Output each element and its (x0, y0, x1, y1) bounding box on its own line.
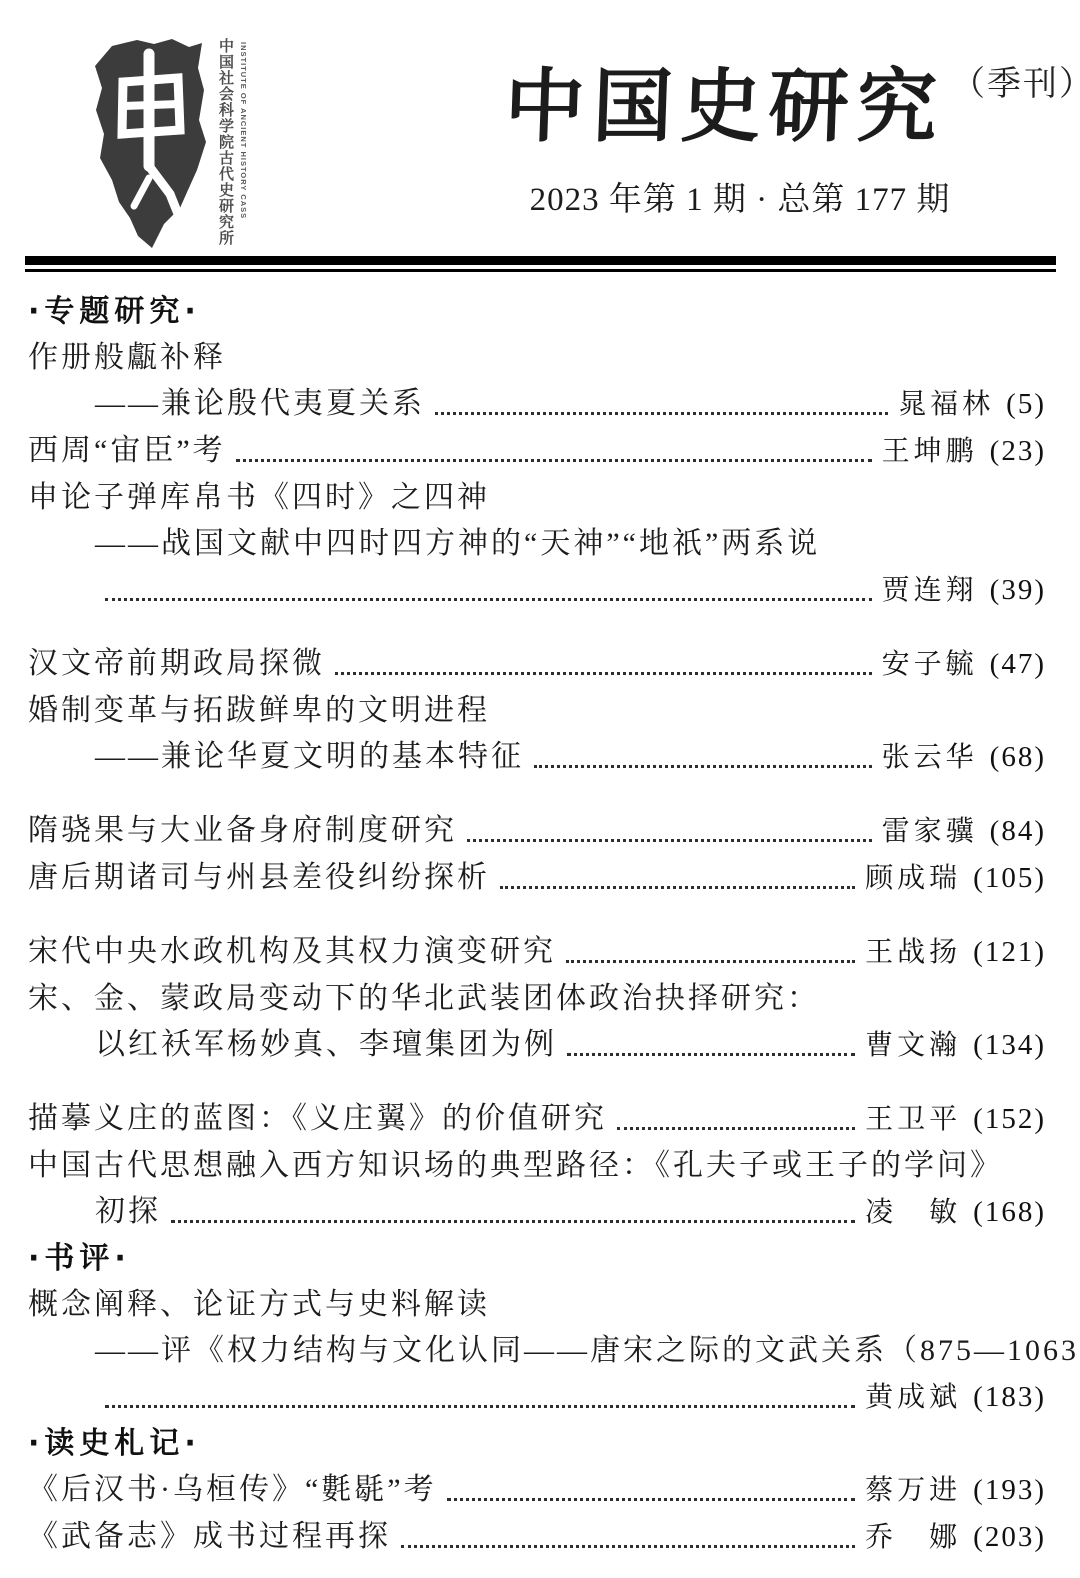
entry-title: ——战国文献中四时四方神的“天神”“地祇”两系说 (95, 521, 820, 567)
entry-page-number: (5) (1006, 381, 1046, 427)
divider-thick (25, 256, 1056, 265)
institute-logo: 中国社会科学院古代史研究所 INSTITUTE OF ANCIENT HISTO… (92, 38, 248, 252)
entry-author: 张云华 (882, 735, 978, 781)
entry-title: 西周“宙臣”考 (28, 428, 226, 474)
toc-entry: 描摹义庄的蓝图：《义庄翼》的价值研究王卫平(152) (28, 1096, 1046, 1143)
entry-author: 蔡万进 (865, 1468, 961, 1514)
entry-title: ——兼论华夏文明的基本特征 (95, 734, 524, 780)
toc-entry: 《武备志》成书过程再探乔 娜(203) (28, 1514, 1046, 1561)
entry-author: 安子毓 (882, 642, 978, 688)
entry-title: 隋骁果与大业备身府制度研究 (28, 808, 457, 854)
dot-leader (566, 960, 855, 963)
entry-page-number: (84) (990, 808, 1046, 854)
toc-title-line: 中国古代思想融入西方知识场的典型路径：《孔夫子或王子的学问》 (28, 1143, 1046, 1189)
entry-author: 贾连翔 (882, 568, 978, 614)
entry-page-number: (105) (973, 855, 1046, 901)
ink-seal-icon (92, 38, 212, 252)
toc-entry: 唐后期诸司与州县差役纠纷探析顾成瑞(105) (28, 855, 1046, 902)
dot-leader (401, 1545, 855, 1548)
entry-page-number: (152) (973, 1096, 1046, 1142)
entry-page-number: (39) (990, 567, 1046, 613)
institute-name-cn: 中国社会科学院古代史研究所 (216, 38, 237, 246)
entry-page-number: (68) (990, 734, 1046, 780)
entry-title: 宋代中央水政机构及其权力演变研究 (28, 929, 556, 975)
toc-title-line: 概念阐释、论证方式与史料解读 (28, 1282, 1046, 1328)
entry-title: 宋、金、蒙政局变动下的华北武装团体政治抉择研究： (28, 976, 820, 1022)
entry-title: ——评《权力结构与文化认同——唐宋之际的文武关系（875—1063）》 (95, 1328, 1080, 1374)
toc-title-line: 婚制变革与拓跋鲜卑的文明进程 (28, 688, 1046, 734)
entry-author: 晁福林 (898, 382, 994, 428)
dot-leader (467, 839, 872, 842)
section-heading: ·书评· (28, 1236, 1046, 1282)
entry-author: 乔 娜 (865, 1515, 961, 1561)
entry-author: 黄成斌 (865, 1375, 961, 1421)
dot-leader (105, 1405, 855, 1408)
toc-entry: 《后汉书·乌桓传》“氀毼”考蔡万进(193) (28, 1467, 1046, 1514)
journal-title: 中国史研究 (503, 42, 947, 157)
entry-page-number: (168) (973, 1189, 1046, 1235)
toc-entry: 隋骁果与大业备身府制度研究雷家骥(84) (28, 808, 1046, 855)
entry-author: 凌 敏 (865, 1190, 961, 1236)
dot-leader (171, 1220, 855, 1223)
entry-title: 申论子弹库帛书《四时》之四神 (28, 475, 490, 521)
entry-author: 曹文瀚 (865, 1023, 961, 1069)
toc-entry: 以红袄军杨妙真、李璮集团为例曹文瀚(134) (28, 1022, 1046, 1069)
toc-title-line: 申论子弹库帛书《四时》之四神 (28, 475, 1046, 521)
entry-title: 汉文帝前期政局探微 (28, 641, 325, 687)
entry-page-number: (193) (973, 1467, 1046, 1513)
entry-title: 《武备志》成书过程再探 (28, 1514, 391, 1560)
toc-entry: 西周“宙臣”考王坤鹏(23) (28, 428, 1046, 475)
table-of-contents: ·专题研究·作册般甗补释——兼论殷代夷夏关系晁福林(5)西周“宙臣”考王坤鹏(2… (28, 289, 1046, 1561)
issue-line: 2023 年第 1 期 · 总第 177 期 (505, 173, 975, 220)
dot-leader (236, 459, 872, 462)
journal-quarterly-label: （季刊） (951, 56, 1080, 105)
entry-page-number: (47) (990, 641, 1046, 687)
section-heading: ·专题研究· (28, 289, 1046, 335)
institute-name-en: INSTITUTE OF ANCIENT HISTORY CASS (239, 42, 248, 242)
toc-entry: ——兼论华夏文明的基本特征张云华(68) (28, 734, 1046, 781)
entry-title: 描摹义庄的蓝图：《义庄翼》的价值研究 (28, 1096, 607, 1142)
toc-entry: 贾连翔(39) (28, 567, 1046, 614)
entry-author: 顾成瑞 (865, 856, 961, 902)
entry-page-number: (183) (973, 1374, 1046, 1420)
title-block: 中国史研究（季刊） 2023 年第 1 期 · 总第 177 期 (505, 42, 975, 220)
masthead: 中国社会科学院古代史研究所 INSTITUTE OF ANCIENT HISTO… (0, 0, 1080, 255)
toc-entry: 汉文帝前期政局探微安子毓(47) (28, 641, 1046, 688)
entry-author: 王卫平 (865, 1097, 961, 1143)
entry-author: 王战扬 (865, 930, 961, 976)
dot-leader (500, 886, 855, 889)
dot-leader (567, 1053, 855, 1056)
entry-title: 概念阐释、论证方式与史料解读 (28, 1282, 490, 1328)
journal-toc-page: 中国社会科学院古代史研究所 INSTITUTE OF ANCIENT HISTO… (0, 0, 1080, 1578)
entry-page-number: (134) (973, 1022, 1046, 1068)
dot-leader (335, 672, 872, 675)
entry-page-number: (121) (973, 929, 1046, 975)
toc-entry: ——兼论殷代夷夏关系晁福林(5) (28, 381, 1046, 428)
dot-leader (617, 1127, 855, 1130)
dot-leader (534, 765, 872, 768)
entry-title: 以红袄军杨妙真、李璮集团为例 (95, 1022, 557, 1068)
toc-title-line: 宋、金、蒙政局变动下的华北武装团体政治抉择研究： (28, 976, 1046, 1022)
entry-author: 雷家骥 (882, 809, 978, 855)
toc-entry: 初探凌 敏(168) (28, 1189, 1046, 1236)
divider-thin (25, 269, 1056, 272)
entry-title: 《后汉书·乌桓传》“氀毼”考 (28, 1467, 437, 1513)
dot-leader (105, 598, 872, 601)
entry-title: 唐后期诸司与州县差役纠纷探析 (28, 855, 490, 901)
toc-title-line: ——评《权力结构与文化认同——唐宋之际的文武关系（875—1063）》 (28, 1328, 1046, 1374)
dot-leader (447, 1498, 856, 1501)
toc-title-line: 作册般甗补释 (28, 335, 1046, 381)
entry-title: ——兼论殷代夷夏关系 (95, 381, 425, 427)
toc-entry: 宋代中央水政机构及其权力演变研究王战扬(121) (28, 929, 1046, 976)
entry-title: 中国古代思想融入西方知识场的典型路径：《孔夫子或王子的学问》 (28, 1143, 1003, 1189)
toc-title-line: ——战国文献中四时四方神的“天神”“地祇”两系说 (28, 521, 1046, 567)
entry-page-number: (23) (990, 428, 1046, 474)
entry-title: 作册般甗补释 (28, 335, 226, 381)
entry-page-number: (203) (973, 1514, 1046, 1560)
dot-leader (435, 412, 888, 415)
entry-title: 婚制变革与拓跋鲜卑的文明进程 (28, 688, 490, 734)
entry-title: 初探 (95, 1189, 161, 1235)
entry-author: 王坤鹏 (882, 429, 978, 475)
toc-entry: 黄成斌(183) (28, 1374, 1046, 1421)
section-heading: ·读史札记· (28, 1421, 1046, 1467)
